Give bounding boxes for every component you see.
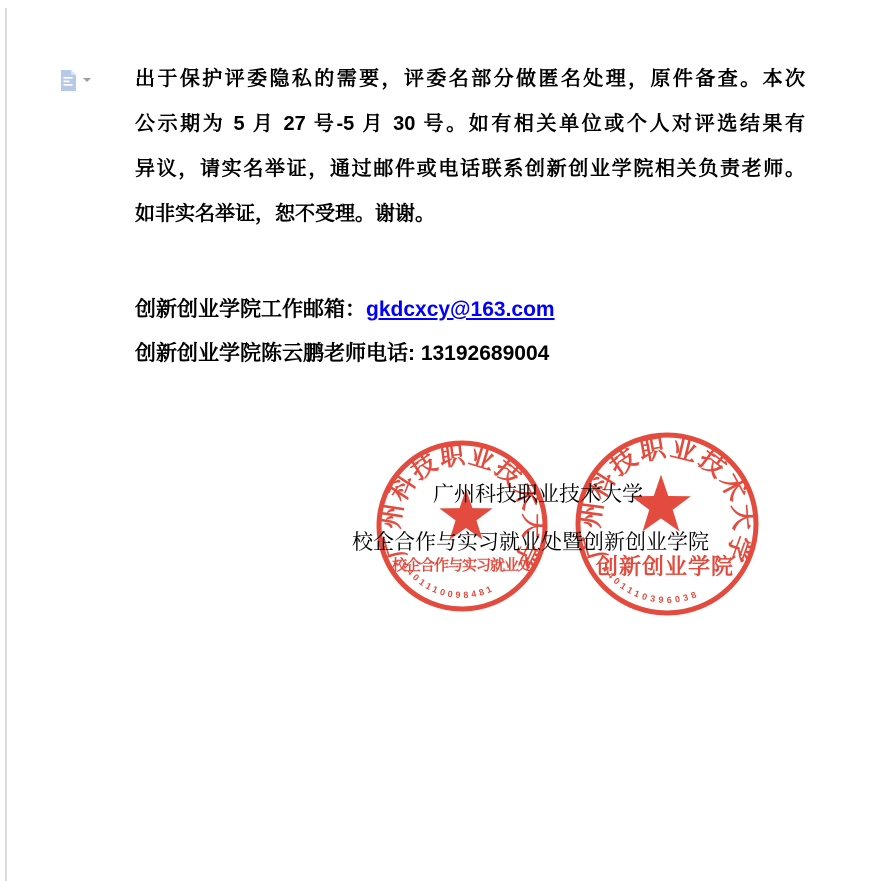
announcement-paragraph: 出于保护评委隐私的需要，评委名部分做匿名处理，原件备查。本次 公示期为 5 月 … bbox=[135, 57, 805, 237]
paragraph-line: 出于保护评委隐私的需要，评委名部分做匿名处理，原件备查。本次 bbox=[135, 57, 805, 102]
phone-contact-line: 创新创业学院陈云鹏老师电话: 13192689004 bbox=[135, 337, 549, 367]
paragraph-line: 异议，请实名举证，通过邮件或电话联系创新创业学院相关负责老师。 bbox=[135, 147, 805, 192]
chevron-down-icon bbox=[83, 78, 91, 82]
paragraph-line: 公示期为 5 月 27 号-5 月 30 号。如有相关单位或个人对评选结果有 bbox=[135, 102, 805, 147]
paste-options-icon bbox=[60, 70, 77, 91]
signature-department-name: 校企合作与实习就业处暨创新创业学院 bbox=[352, 526, 709, 556]
page-left-edge-divider bbox=[5, 8, 7, 881]
email-link[interactable]: gkdcxcy@163.com bbox=[366, 298, 555, 321]
official-seal-right: 广州科技职业技术大学 创新创业学院 4401110396038 bbox=[570, 430, 764, 618]
signature-university-name: 广州科技职业技术大学 bbox=[433, 478, 643, 508]
paragraph-line: 如非实名举证，恕不受理。谢谢。 bbox=[135, 192, 805, 237]
email-label: 创新创业学院工作邮箱： bbox=[135, 298, 366, 321]
email-contact-line: 创新创业学院工作邮箱：gkdcxcy@163.com bbox=[135, 293, 555, 323]
paste-options-button[interactable] bbox=[60, 68, 98, 94]
